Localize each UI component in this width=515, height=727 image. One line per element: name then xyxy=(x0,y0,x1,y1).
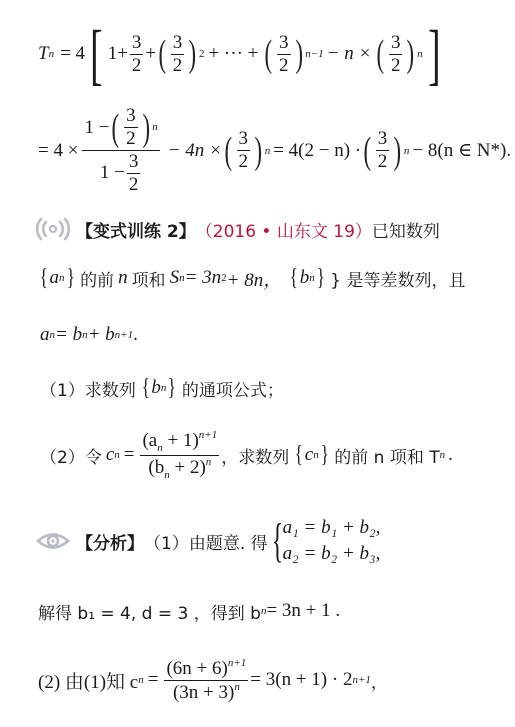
plus: + xyxy=(145,43,156,65)
cn-fraction: (6n + 6)n+1 (3n + 3)n xyxy=(164,657,248,704)
tn-subscript: n xyxy=(49,48,55,60)
minus-n-times: − n × xyxy=(327,43,372,65)
exercise-line-relation: an = bn + bn+1 . xyxy=(40,320,138,350)
period: . xyxy=(133,324,138,346)
paren-three-halves-n-2: (32)n xyxy=(361,128,409,173)
paren-three-halves-sq: (32)2 xyxy=(156,32,204,77)
analysis-part1: （1）由题意. 得 xyxy=(144,529,268,554)
formula-tn-expansion: Tn = 4 [ 1+ 32 + (32)2 + ··· + (32)n−1 −… xyxy=(38,24,445,84)
formula-tn-result: = 4 × 1 − (32)n 1 − 32 − 4n × (32)n = 4(… xyxy=(38,108,511,193)
exercise-intro: 已知数列 xyxy=(372,217,440,242)
tn-symbol: T xyxy=(38,43,49,65)
frac-three-halves: 32 xyxy=(130,32,144,77)
part1-label: （1）求数列 xyxy=(40,376,136,401)
paren-three-halves-n: (32)n xyxy=(374,32,422,77)
system-eq-2: a₂ = b₂ + b₃, xyxy=(283,541,381,567)
analysis-label: 【分析】 xyxy=(76,529,144,554)
term-one: 1+ xyxy=(108,43,128,65)
analysis-part-2: (2) 由(1)知 cn = (6n + 6)n+1 (3n + 3)n = 3… xyxy=(38,650,388,710)
geometric-sum-fraction: 1 − (32)n 1 − 32 xyxy=(82,105,159,195)
eq-four: = 4 xyxy=(60,43,85,65)
paren-three-halves-n: (32)n xyxy=(222,128,270,173)
an-symbol: a xyxy=(40,324,50,346)
left-bracket: [ xyxy=(90,20,102,88)
ellipsis: + ··· + xyxy=(208,43,258,65)
cn-definition-fraction: (an + 1)n+1 (bn + 2)n xyxy=(140,429,219,481)
arithmetic-seq-text: } 是等差数列，且 xyxy=(330,266,465,291)
analysis-header: 【分析】 （1）由题意. 得 { a₁ = b₁ + b₂, a₂ = b₂ +… xyxy=(36,512,380,570)
part2-tail: 的前 n 项和 T xyxy=(334,443,439,468)
part2-label: （2）令 xyxy=(40,443,102,468)
comma: ， xyxy=(371,668,388,693)
sn-symbol: S xyxy=(170,267,180,289)
minus-4n-times: − 4n × xyxy=(168,140,222,162)
part2-mid: ，求数列 xyxy=(221,443,289,468)
sn-expression: = 3n xyxy=(185,267,222,289)
eq-bn: = b xyxy=(55,324,82,346)
bn-result: = 3n + 1 . xyxy=(266,600,340,622)
exercise-label: 【变式训练 2】 xyxy=(76,217,196,242)
solve-text: 解得 b₁ = 4, d = 3 ，得到 b xyxy=(38,599,261,624)
part2-prefix: (2) 由(1)知 c xyxy=(38,667,138,694)
sn-expression-tail: + 8n， xyxy=(227,265,283,292)
exercise-header: 【变式训练 2】 （2016 • 山东文 19） 已知数列 xyxy=(36,214,440,244)
equation-system: a₁ = b₁ + b₂, a₂ = b₂ + b₃, xyxy=(283,515,381,567)
analysis-solve-line: 解得 b₁ = 4, d = 3 ，得到 bn = 3n + 1 . xyxy=(38,596,340,626)
plus-bn1: + b xyxy=(88,324,115,346)
cn-result: = 3(n + 1) · 2 xyxy=(250,669,352,691)
broadcast-icon xyxy=(36,216,70,242)
paren-three-halves-n-minus-1: (32)n−1 xyxy=(262,32,323,77)
exercise-source: （2016 • 山东文 19） xyxy=(196,217,372,242)
eq-four-two-minus-n: = 4(2 − n) · xyxy=(273,140,361,162)
question-part-1: （1）求数列 {bn} 的通项公式； xyxy=(40,372,284,404)
right-bracket: ] xyxy=(428,20,440,88)
question-part-2: （2）令 cn = (an + 1)n+1 (bn + 2)n ，求数列 {cn… xyxy=(40,425,453,485)
minus-eight-domain: − 8(n ∈ N*). xyxy=(412,139,511,162)
eq-four-times: = 4 × xyxy=(38,140,78,162)
exercise-line-sn: {{aan} 的前 n项和 Sn = 3n2 + 8n， {bn} } 是等差数… xyxy=(38,262,466,294)
system-eq-1: a₁ = b₁ + b₂, xyxy=(283,515,381,541)
system-brace: { xyxy=(271,517,283,565)
eye-icon xyxy=(36,530,70,552)
part1-tail: 的通项公式； xyxy=(182,376,284,401)
